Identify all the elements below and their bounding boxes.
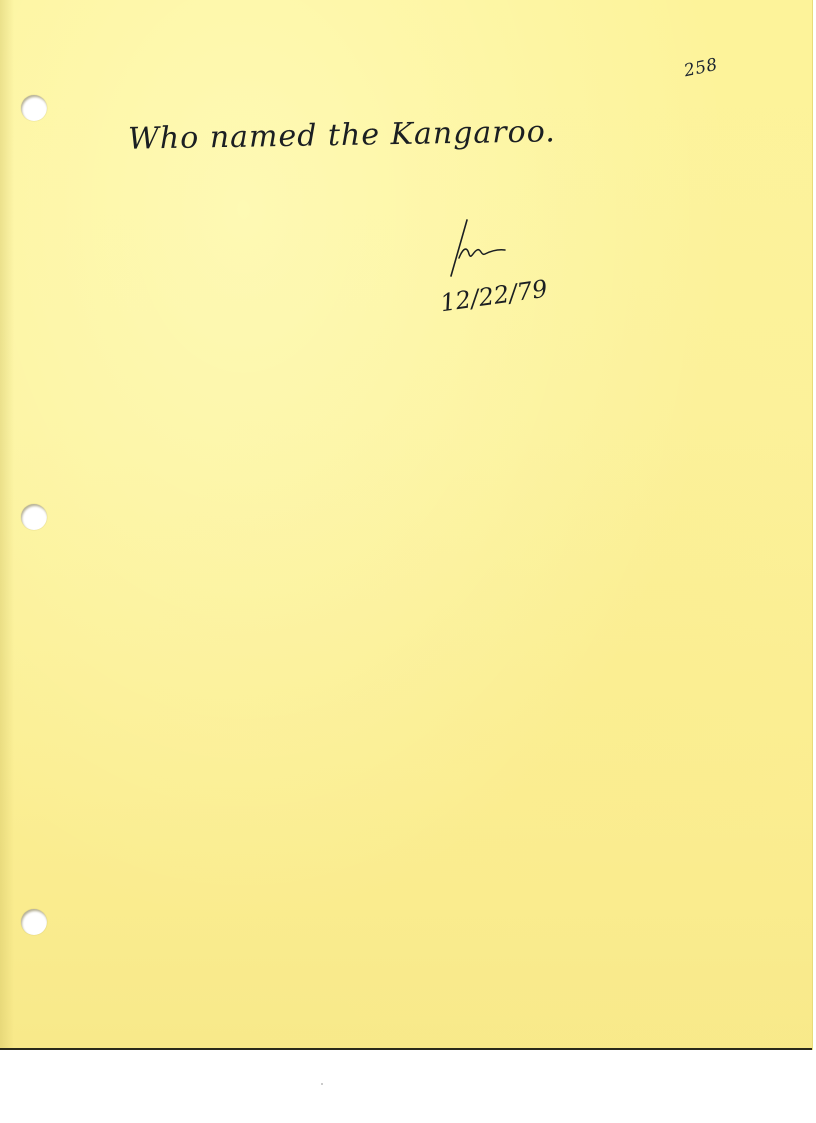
yellow-paper-sheet: 258 Who named the Kangaroo. Ku 12/22/79 (0, 0, 812, 1050)
handwritten-question: Who named the Kangaroo. (128, 114, 556, 156)
signature-icon (441, 218, 511, 278)
punch-hole-middle (21, 504, 47, 530)
handwritten-date: 12/22/79 (439, 275, 550, 318)
scan-area: 258 Who named the Kangaroo. Ku 12/22/79 (0, 0, 816, 1123)
punch-hole-bottom (21, 909, 47, 935)
page-number: 258 (682, 55, 719, 82)
scan-speck (321, 1083, 323, 1085)
punch-hole-top (21, 95, 47, 121)
